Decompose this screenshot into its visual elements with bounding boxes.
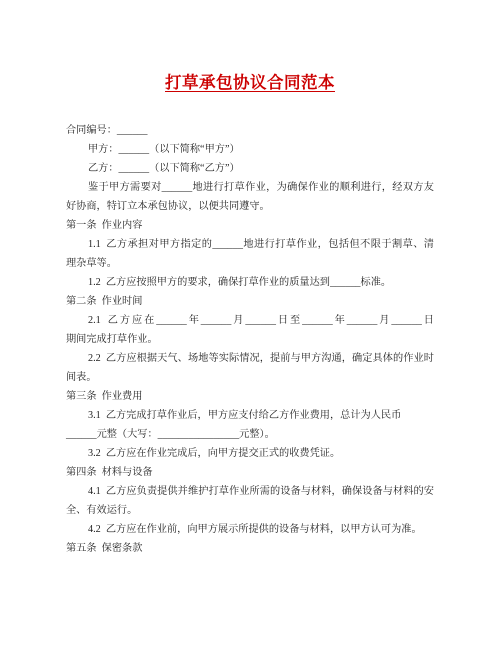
clause-3-2-line: 3.2 乙方应在作业完成后，向甲方提交正式的收费凭证。 [66, 444, 434, 463]
clause-2-1-line-2: 期间完成打草作业。 [66, 330, 434, 349]
clause-4-1-line-2: 全、有效运行。 [66, 501, 434, 520]
clause-2-1-line-1: 2.1 乙方应在______年______月______日至______年___… [66, 311, 434, 330]
party-a-line: 甲方：______（以下简称“甲方”） [66, 140, 434, 159]
document-title: 打草承包协议合同范本 [66, 70, 434, 96]
clause-3-1-line-2: ______元整（大写：________________元整）。 [66, 425, 434, 444]
document-page: 打草承包协议合同范本 合同编号：______ 甲方：______（以下简称“甲方… [0, 0, 500, 647]
contract-number-line: 合同编号：______ [66, 121, 434, 140]
section-5-heading: 第五条 保密条款 [66, 539, 434, 558]
section-3-heading: 第三条 作业费用 [66, 387, 434, 406]
clause-4-1-line-1: 4.1 乙方应负责提供并维护打草作业所需的设备与材料，确保设备与材料的安 [66, 482, 434, 501]
section-2-heading: 第二条 作业时间 [66, 292, 434, 311]
clause-4-2-line: 4.2 乙方应在作业前，向甲方展示所提供的设备与材料，以甲方认可为准。 [66, 520, 434, 539]
clause-3-1-line-1: 3.1 乙方完成打草作业后，甲方应支付给乙方作业费用，总计为人民币 [66, 406, 434, 425]
clause-1-1-line-1: 1.1 乙方承担对甲方指定的______地进行打草作业，包括但不限于割草、清 [66, 235, 434, 254]
clause-2-2-line-2: 间表。 [66, 368, 434, 387]
clause-1-2-line: 1.2 乙方应按照甲方的要求，确保打草作业的质量达到______标准。 [66, 273, 434, 292]
section-4-heading: 第四条 材料与设备 [66, 463, 434, 482]
clause-2-2-line-1: 2.2 乙方应根据天气、场地等实际情况，提前与甲方沟通，确定具体的作业时 [66, 349, 434, 368]
section-1-heading: 第一条 作业内容 [66, 216, 434, 235]
preamble-line-2: 好协商，特订立本承包协议，以便共同遵守。 [66, 197, 434, 216]
party-b-line: 乙方：______（以下简称“乙方”） [66, 159, 434, 178]
document-body: 合同编号：______ 甲方：______（以下简称“甲方”） 乙方：_____… [66, 121, 434, 558]
preamble-line-1: 鉴于甲方需要对______地进行打草作业，为确保作业的顺利进行，经双方友 [66, 178, 434, 197]
clause-1-1-line-2: 理杂草等。 [66, 254, 434, 273]
